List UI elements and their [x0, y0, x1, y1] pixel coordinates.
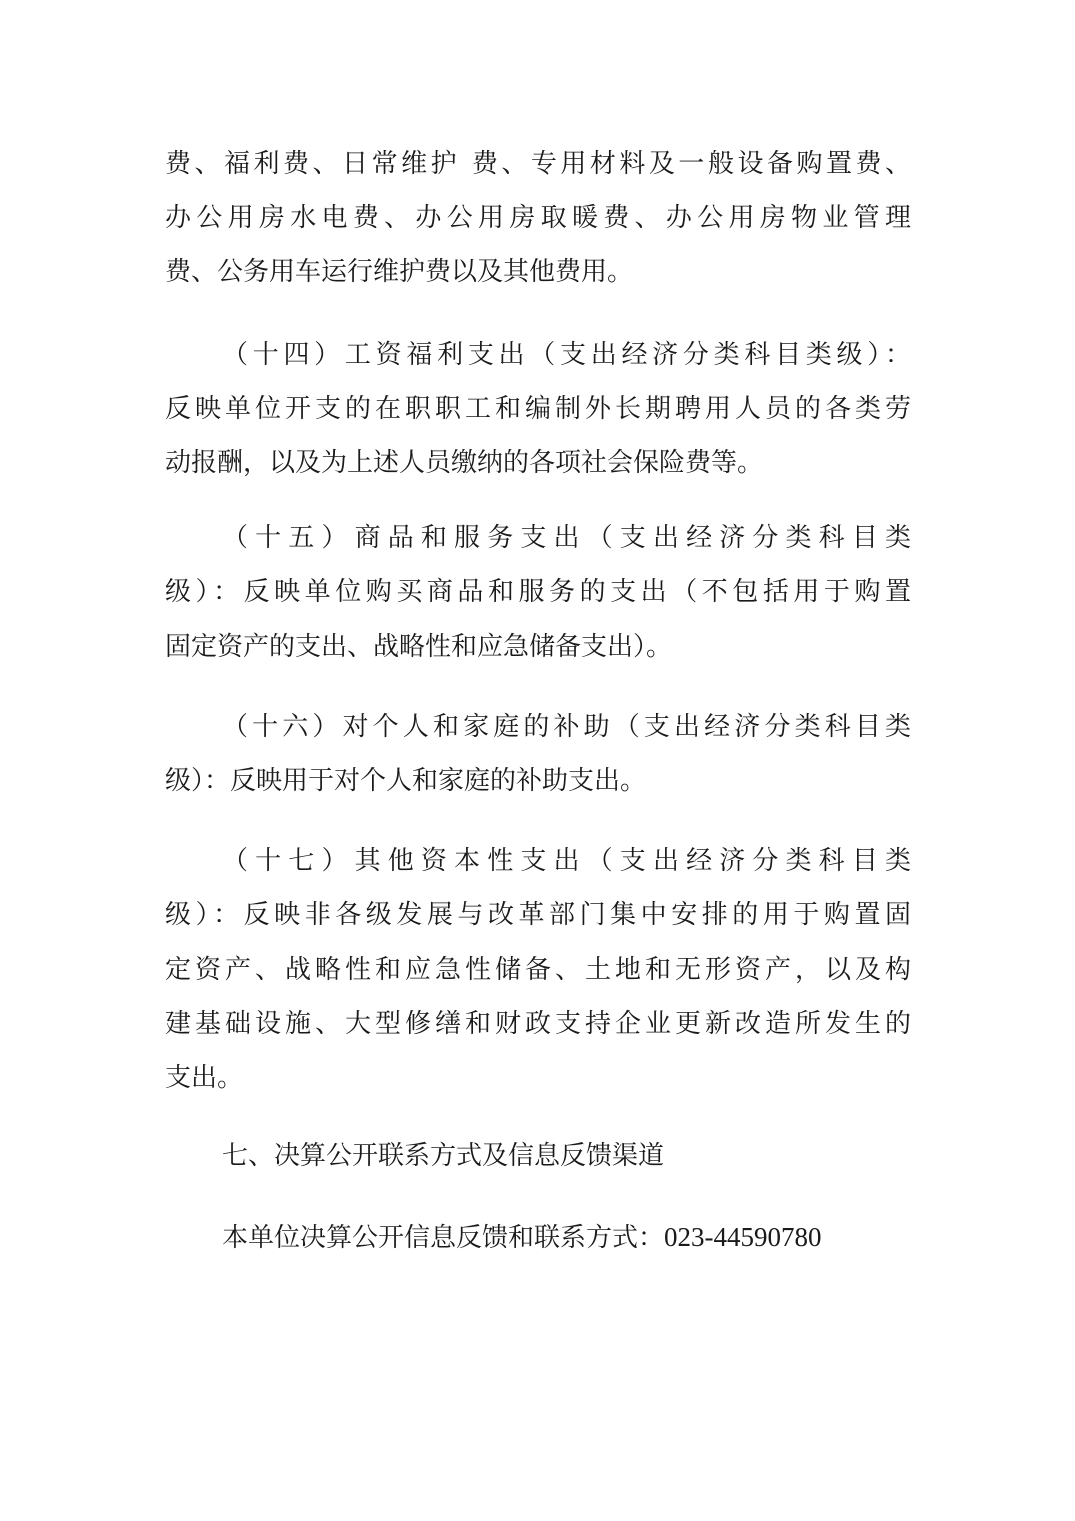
paragraph-line: （十五）商品和服务支出（支出经济分类科目类	[222, 521, 911, 555]
paragraph-line: 级）：反映单位购买商品和服务的支出（不包括用于购置	[165, 575, 911, 609]
paragraph-line: （十六）对个人和家庭的补助（支出经济分类科目类	[222, 710, 911, 744]
paragraph-line: （十四）工资福利支出（支出经济分类科目类级）：	[222, 338, 911, 372]
paragraph-line: 支出。	[165, 1061, 911, 1095]
paragraph-line: 固定资产的支出、战略性和应急储备支出）。	[165, 630, 911, 664]
contact-phone: 023-44590780	[664, 1222, 822, 1252]
paragraph-line: 反映单位开支的在职职工和编制外长期聘用人员的各类劳	[165, 392, 911, 426]
contact-label: 本单位决算公开信息反馈和联系方式：	[222, 1223, 664, 1253]
paragraph-line: 办公用房水电费、办公用房取暖费、办公用房物业管理	[165, 201, 911, 235]
paragraph-line: 动报酬，以及为上述人员缴纳的各项社会保险费等。	[165, 446, 911, 480]
paragraph-line: 费、福利费、日常维护 费、专用材料及一般设备购置费、	[165, 147, 911, 181]
document-page: 费、福利费、日常维护 费、专用材料及一般设备购置费、 办公用房水电费、办公用房取…	[0, 0, 1075, 1521]
paragraph-line: 级）：反映非各级发展与改革部门集中安排的用于购置固	[165, 898, 911, 932]
section-heading: 七、决算公开联系方式及信息反馈渠道	[222, 1139, 664, 1173]
paragraph-line: 建基础设施、大型修缮和财政支持企业更新改造所发生的	[165, 1007, 911, 1041]
paragraph-line: 级）：反映用于对个人和家庭的补助支出。	[165, 764, 911, 798]
paragraph-line: 定资产、战略性和应急性储备、土地和无形资产，以及构	[165, 953, 911, 987]
paragraph-line: （十七）其他资本性支出（支出经济分类科目类	[222, 844, 911, 878]
paragraph-line: 费、公务用车运行维护费以及其他费用。	[165, 255, 911, 289]
contact-line: 本单位决算公开信息反馈和联系方式：023-44590780	[222, 1220, 822, 1255]
